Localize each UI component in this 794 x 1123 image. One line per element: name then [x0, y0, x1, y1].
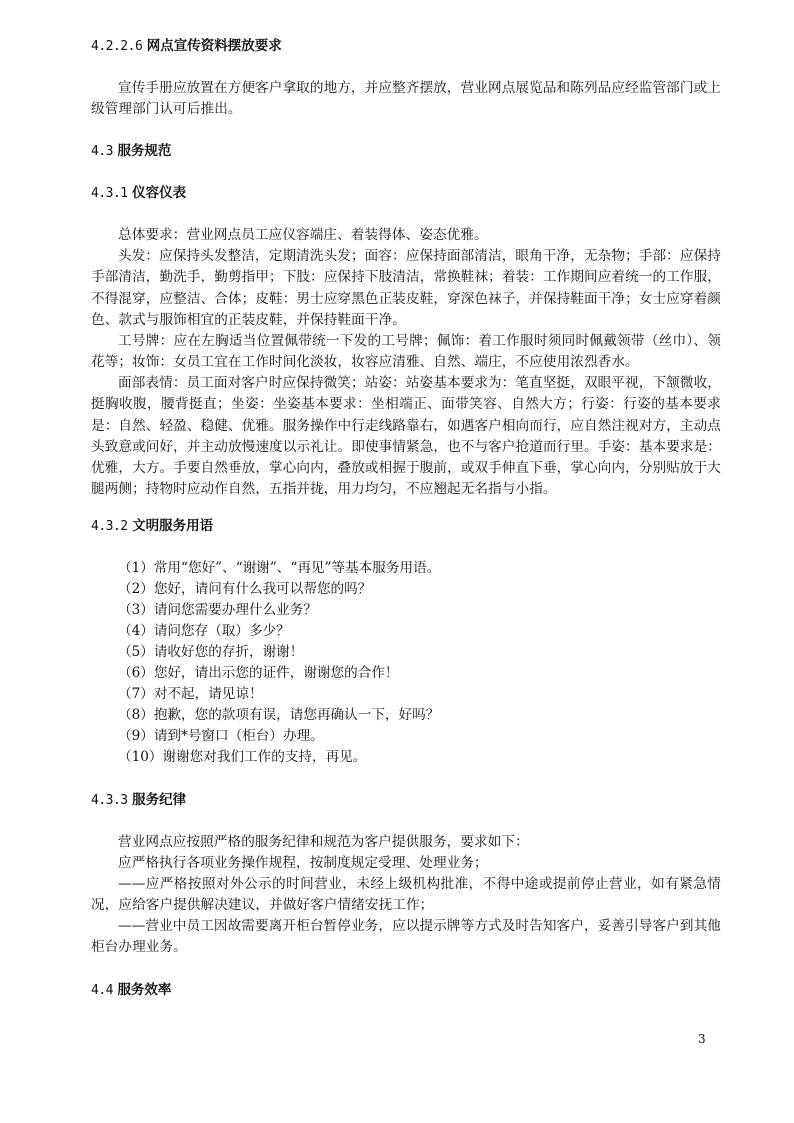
section-number: 4.4 [91, 983, 113, 998]
page-number: 3 [698, 1032, 706, 1046]
section-title: 服务效率 [117, 982, 171, 998]
section-heading-431: 4.3.1 仪容仪表 [91, 183, 186, 204]
section-title: 服务规范 [117, 143, 171, 159]
section-number: 4.3.2 [91, 519, 128, 534]
section-number: 4.2.2.6 [91, 39, 142, 54]
list-item: （10）谢谢您对我们工作的支持，再见。 [118, 747, 366, 768]
paragraph-appearance-general: 总体要求：营业网点员工应仪容端庄、着装得体、姿态优雅。 [91, 225, 721, 246]
list-item: （3）请问您需要办理什么业务？ [118, 600, 317, 621]
section-number: 4.3.1 [91, 186, 128, 201]
section-title: 服务纪律 [132, 792, 186, 808]
section-title: 文明服务用语 [132, 518, 213, 534]
paragraph-discipline-1: 应严格执行各项业务操作规程，按制度规定受理、处理业务； [91, 853, 721, 874]
list-item: （8）抱歉，您的款项有误，请您再确认一下，好吗？ [118, 705, 439, 726]
paragraph-appearance-posture: 面部表情：员工面对客户时应保持微笑；站姿：站姿基本要求为：笔直坚挺，双眼平视，下… [91, 373, 721, 501]
list-item: （7）对不起，请见谅！ [118, 684, 263, 705]
paragraph-discipline-intro: 营业网点应按照严格的服务纪律和规范为客户提供服务，要求如下： [91, 832, 721, 853]
list-item: （2）您好，请问有什么我可以帮您的吗？ [118, 579, 371, 600]
section-heading-44: 4.4 服务效率 [91, 980, 171, 1001]
list-item: （9）请到*号窗口（柜台）办理。 [118, 726, 324, 747]
list-item: （6）您好，请出示您的证件，谢谢您的合作！ [118, 663, 399, 684]
paragraph-discipline-2: ——应严格按照对外公示的时间营业，未经上级机构批准，不得中途或提前停止营业，如有… [91, 874, 721, 917]
list-item: （5）请收好您的存折，谢谢！ [118, 642, 303, 663]
paragraph-appearance-hair: 头发：应保持头发整洁，定期清洗头发；面容：应保持面部清洁，眼角干净，无杂物；手部… [91, 246, 721, 331]
list-item: （1）常用“您好”、“谢谢”、“再见”等基本服务用语。 [118, 558, 440, 579]
section-heading-4226: 4.2.2.6 网点宣传资料摆放要求 [91, 36, 282, 57]
document-page: 4.2.2.6 网点宣传资料摆放要求 宣传手册应放置在方便客户拿取的地方，并应整… [0, 0, 794, 1123]
list-item: （4）请问您存（取）多少？ [118, 621, 290, 642]
paragraph-appearance-badge: 工号牌：应在左胸适当位置佩带统一下发的工号牌；佩饰：着工作服时须同时佩戴领带（丝… [91, 331, 721, 374]
section-heading-43: 4.3 服务规范 [91, 141, 171, 162]
section-title: 仪容仪表 [132, 185, 186, 201]
section-heading-432: 4.3.2 文明服务用语 [91, 516, 213, 537]
section-number: 4.3 [91, 144, 113, 159]
section-heading-433: 4.3.3 服务纪律 [91, 790, 186, 811]
section-title: 网点宣传资料摆放要求 [147, 38, 282, 54]
paragraph-discipline-3: ——营业中员工因故需要离开柜台暂停业务，应以提示牌等方式及时告知客户，妥善引导客… [91, 916, 721, 959]
paragraph-brochure: 宣传手册应放置在方便客户拿取的地方，并应整齐摆放，营业网点展览品和陈列品应经监管… [91, 78, 721, 121]
section-number: 4.3.3 [91, 793, 128, 808]
